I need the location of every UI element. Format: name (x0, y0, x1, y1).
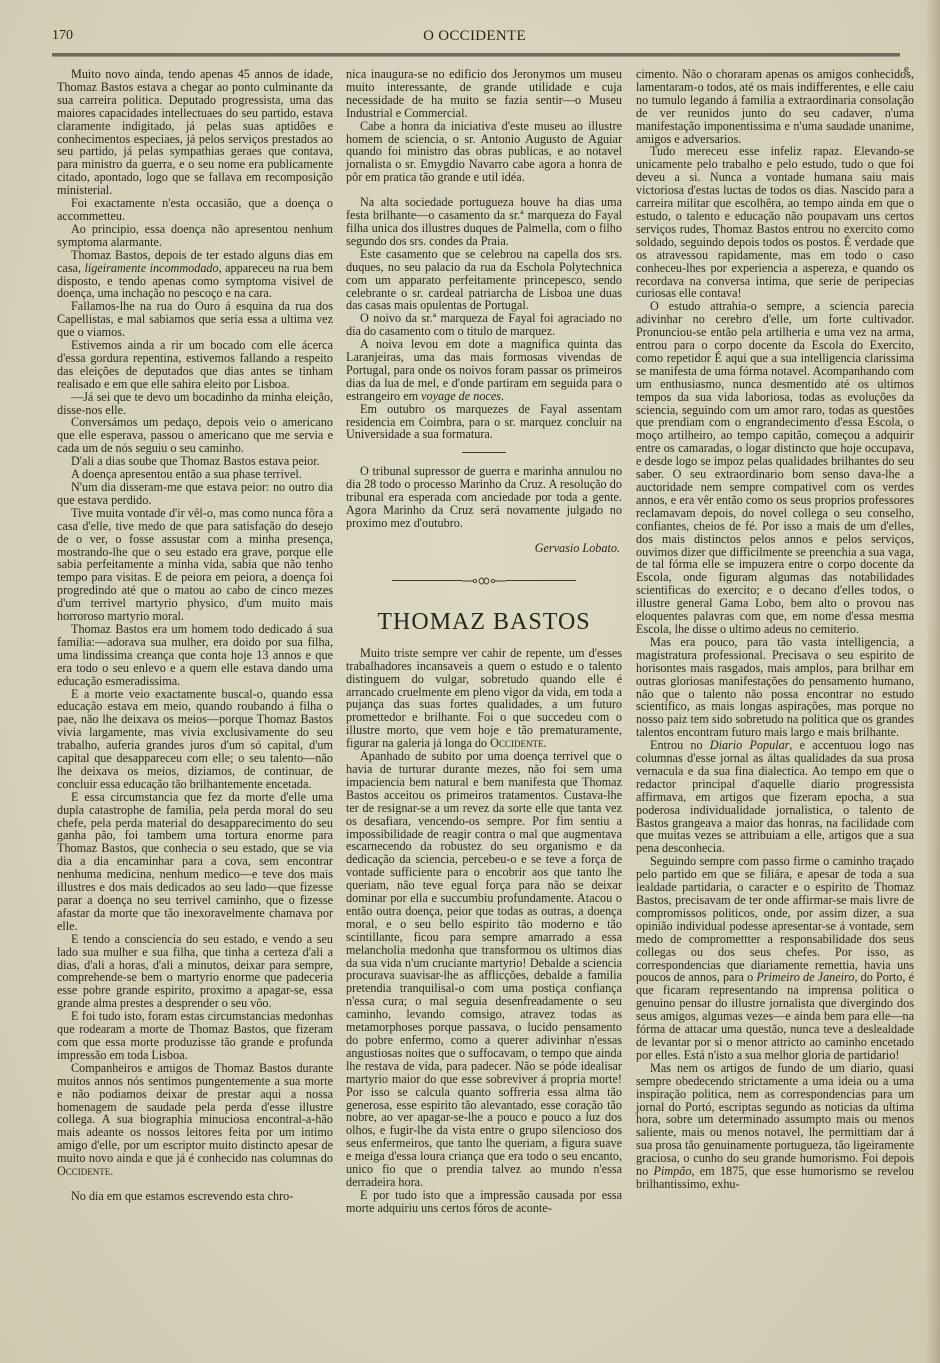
page-header: 170 O OCCIDENTE (52, 26, 897, 46)
paragraph: Tive muita vontade d'ir vêl-o, mas como … (57, 507, 333, 623)
paragraph: E essa circumstancia que fez da morte d'… (57, 791, 333, 933)
column-1: Muito novo ainda, tendo apenas 45 annos … (57, 68, 333, 1203)
paragraph: E tendo a consciencia do seu estado, e v… (57, 933, 333, 1010)
paragraph: Companheiros e amigos de Thomaz Bastos d… (57, 1062, 333, 1178)
page-edge-shadow (926, 0, 940, 1363)
paragraph: Apanhado de subito por uma doença terriv… (346, 750, 622, 1189)
italic-phrase: Pimpão (654, 1164, 692, 1178)
paragraph: No dia em que estamos escrevendo esta ch… (57, 1190, 333, 1203)
paragraph: Thomaz Bastos era um homem todo dedicado… (57, 623, 333, 688)
column-3: cimento. Não o choraram apenas os amigos… (636, 68, 914, 1191)
italic-phrase: Primeiro de Janeiro (756, 970, 854, 984)
paragraph: O estudo attrahia-o sempre, a sciencia p… (636, 300, 914, 636)
column-2: nica inaugura-se no edificio dos Jeronym… (346, 68, 622, 1215)
paragraph: Tudo mereceu esse infeliz rapaz. Elevand… (636, 145, 914, 300)
author-signature: Gervasio Lobato. (346, 542, 622, 555)
paragraph: N'um dia disseram-me que estava peior: n… (57, 481, 333, 507)
paragraph: A noiva levou em dote a magnifica quinta… (346, 338, 622, 403)
paragraph: E a morte veio exactamente buscal-o, qua… (57, 688, 333, 791)
section-divider (462, 452, 506, 453)
paragraph: E por tudo isto que a impressão causada … (346, 1189, 622, 1215)
newspaper-page: 170 O OCCIDENTE e Muito novo ainda, tend… (0, 0, 940, 1363)
running-title: O OCCIDENTE (52, 28, 897, 45)
paragraph: Este casamento que se celebrou na capell… (346, 248, 622, 313)
paragraph: O noivo da sr.ª marqueza de Fayal foi ag… (346, 312, 622, 338)
italic-phrase: Diario Popular (710, 738, 790, 752)
paragraph: Mas era pouco, para tão vasta intelligen… (636, 636, 914, 739)
article-title: THOMAZ BASTOS (346, 609, 622, 635)
paragraph: Thomaz Bastos, depois de ter estado algu… (57, 249, 333, 301)
paragraph: Muito novo ainda, tendo apenas 45 annos … (57, 68, 333, 197)
header-rule (52, 53, 900, 57)
fleuron-icon (462, 575, 506, 587)
paragraph: Seguindo sempre com passo firme o caminh… (636, 855, 914, 1062)
paragraph: Fallamos-lhe na rua do Ouro á esquina da… (57, 300, 333, 339)
ornament-divider (346, 575, 622, 587)
paragraph: Muito triste sempre ver cahir de repente… (346, 647, 622, 750)
publication-name: Occidente (57, 1164, 110, 1178)
paragraph: Em outubro os marquezes de Fayal assenta… (346, 403, 622, 442)
paragraph: Ao principio, essa doença não apresentou… (57, 223, 333, 249)
paragraph: Foi exactamente n'esta occasião, que a d… (57, 197, 333, 223)
publication-name: Occidente (490, 736, 543, 750)
italic-phrase: ligeiramente incommodado (85, 261, 219, 275)
paragraph: E foi tudo isto, foram estas circumstanc… (57, 1010, 333, 1062)
paragraph: Conversámos um pedaço, depois veio o ame… (57, 416, 333, 455)
paragraph: Entrou no Diario Popular, e accentuou lo… (636, 739, 914, 855)
paragraph: Cabe a honra da iniciativa d'este museu … (346, 120, 622, 185)
paragraph: cimento. Não o choraram apenas os amigos… (636, 68, 914, 145)
paragraph: Mas nem os artigos de fundo de um diario… (636, 1062, 914, 1191)
paragraph: O tribunal supressor de guerra e marinha… (346, 465, 622, 530)
paragraph: —Já sei que te devo um bocadinho da minh… (57, 391, 333, 417)
paragraph: nica inaugura-se no edificio dos Jeronym… (346, 68, 622, 120)
italic-phrase: voyage de noces (421, 389, 501, 403)
paragraph: Na alta sociedade portugueza houve ha di… (346, 196, 622, 248)
paragraph: Estivemos ainda a rir um bocado com elle… (57, 339, 333, 391)
